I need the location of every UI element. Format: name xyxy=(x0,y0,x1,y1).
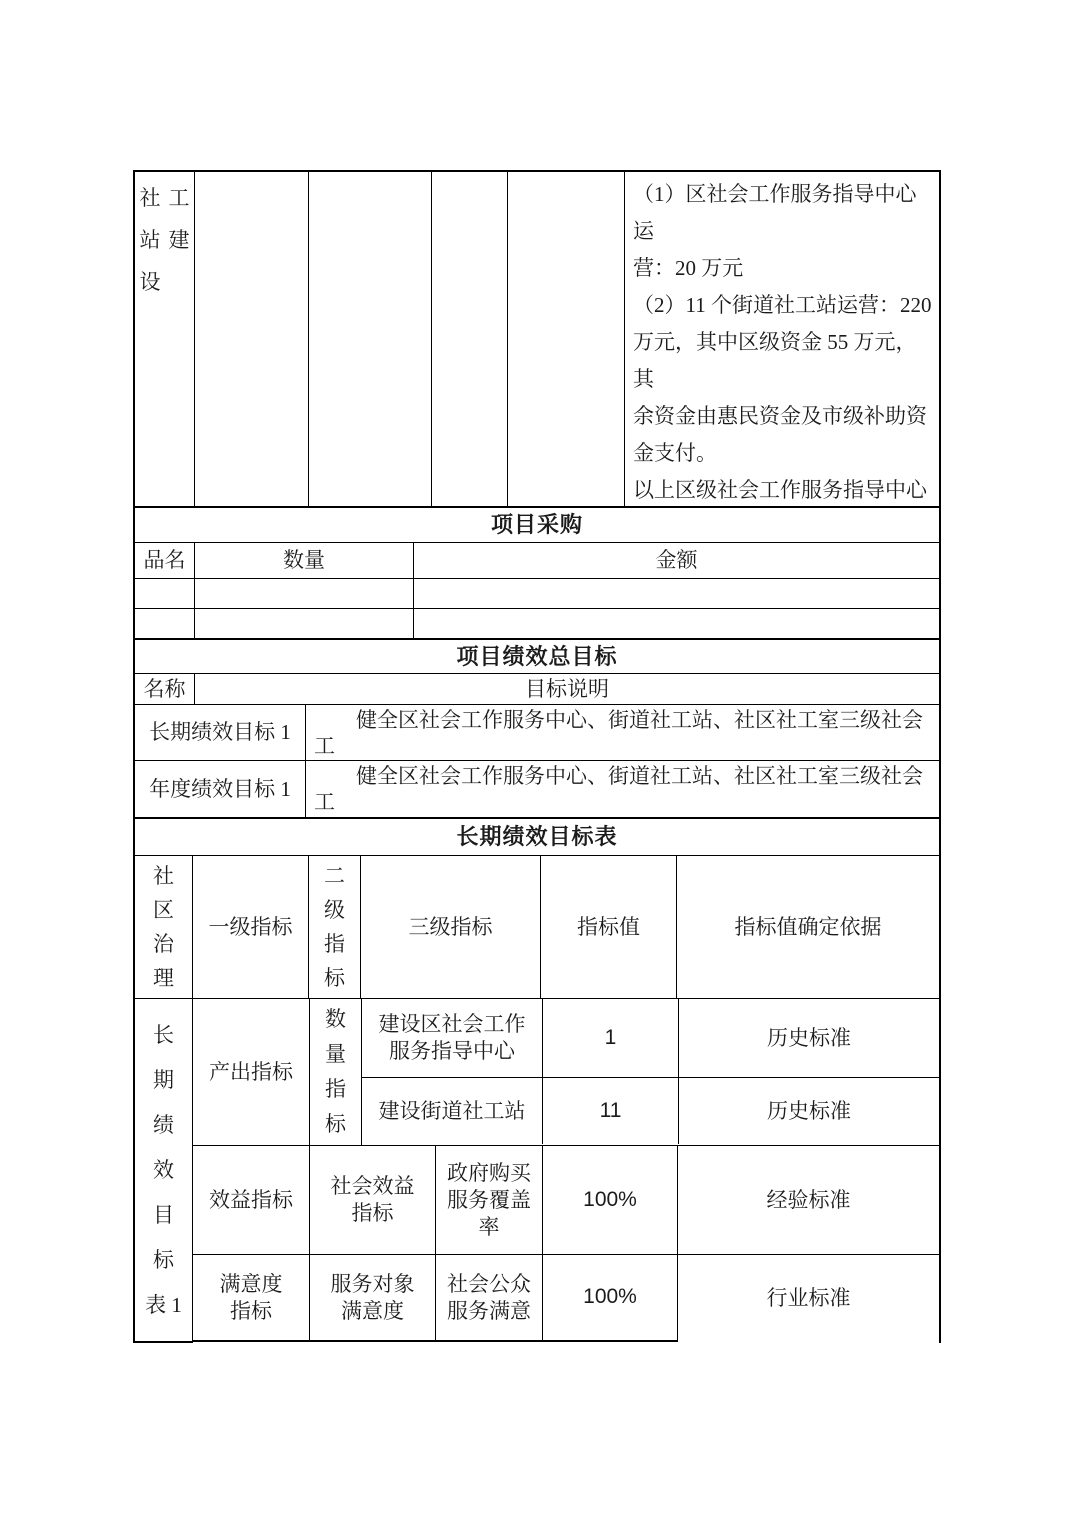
annual-goal-label: 年度绩效目标 1 xyxy=(135,761,305,817)
indicator-build-street-stations: 建设街道社工站 xyxy=(362,1078,542,1144)
value-gov-purchase-coverage: 100% xyxy=(542,1146,677,1254)
procurement-empty-row xyxy=(135,608,939,638)
group-label-text: 长期绩效目标表 1 xyxy=(145,1013,182,1328)
procurement-col-name: 品名 xyxy=(135,543,194,578)
table-row-street-stations: 建设街道社工站 11 历史标准 xyxy=(362,1077,939,1144)
output-indicator-block: 产出指标 数量指标 建设区社会工作服务指导中心 1 历史标准 建设街道社工站 1… xyxy=(193,999,939,1145)
output-subrows: 建设区社会工作服务指导中心 1 历史标准 建设街道社工站 11 历史标准 xyxy=(361,999,939,1145)
table-row-guidance-center: 建设区社会工作服务指导中心 1 历史标准 xyxy=(362,999,939,1077)
continuation-row-label: 社工站建设 xyxy=(140,177,190,303)
procurement-col-qty: 数量 xyxy=(194,543,413,578)
procurement-col-amount: 金额 xyxy=(413,543,939,578)
continuation-row-label-cell: 社工站建设 xyxy=(135,172,194,506)
annual-goal-desc: 健全区社会工作服务中心、街道社工站、社区社工室三级社会工作服务体系 xyxy=(305,761,939,817)
value-public-service-satisfaction: 100% xyxy=(542,1255,677,1342)
side-label-community-governance: 社区治理 xyxy=(135,856,192,998)
header-level1-indicator: 一级指标 xyxy=(192,856,308,998)
table-row-benefit-indicator: 效益指标 社会效益指标 政府购买服务覆盖率 100% 经验标准 xyxy=(193,1145,939,1254)
basis-gov-purchase-coverage: 经验标准 xyxy=(677,1146,939,1254)
basis-street-stations: 历史标准 xyxy=(678,1078,939,1144)
empty-cell xyxy=(431,172,507,506)
header-value-basis: 指标值确定依据 xyxy=(676,856,939,998)
header-level2-indicator: 二级指标 xyxy=(308,856,360,998)
side-label-text: 社区治理 xyxy=(153,859,174,995)
goals-desc-header: 目标说明 xyxy=(194,674,939,704)
performance-budget-table: 社工站建设 （1）区社会工作服务指导中心运营：20 万元（2）11 个街道社工站… xyxy=(133,170,941,1343)
longterm-goal-row: 长期绩效目标 1 健全区社会工作服务中心、街道社工站、社区社工室三级社会工作服务… xyxy=(135,704,939,760)
empty-cell xyxy=(135,579,194,608)
satisfaction-indicator-label: 满意度指标 xyxy=(193,1255,309,1342)
empty-cell xyxy=(308,172,431,506)
basis-guidance-center: 历史标准 xyxy=(678,999,939,1077)
basis-public-service-satisfaction: 行业标准 xyxy=(677,1255,939,1342)
empty-cell xyxy=(194,172,308,506)
empty-cell xyxy=(413,579,939,608)
overall-goals-title: 项目绩效总目标 xyxy=(135,640,939,673)
quantity-indicator-label: 数量指标 xyxy=(309,999,361,1145)
indicator-body: 长期绩效目标表 1 产出指标 数量指标 建设区社会工作服务指导中心 1 历史标准 xyxy=(135,998,939,1343)
indicator-header-row: 社区治理 一级指标 二级指标 三级指标 指标值 指标值确定依据 xyxy=(135,855,939,998)
longterm-goal-desc: 健全区社会工作服务中心、街道社工站、社区社工室三级社会工作服务体系 xyxy=(305,705,939,760)
procurement-section-header-row: 项目采购 xyxy=(135,506,939,542)
benefit-indicator-label: 效益指标 xyxy=(193,1146,309,1254)
longterm-table-section-header-row: 长期绩效目标表 xyxy=(135,817,939,855)
overall-goals-section-header-row: 项目绩效总目标 xyxy=(135,638,939,673)
goals-name-header: 名称 xyxy=(135,674,194,704)
longterm-goal-label: 长期绩效目标 1 xyxy=(135,705,305,760)
continuation-row: 社工站建设 （1）区社会工作服务指导中心运营：20 万元（2）11 个街道社工站… xyxy=(135,172,939,506)
empty-cell xyxy=(413,609,939,638)
budget-note-text: （1）区社会工作服务指导中心运营：20 万元（2）11 个街道社工站运营：220… xyxy=(624,172,939,506)
group-label-longterm-table1: 长期绩效目标表 1 xyxy=(135,999,192,1343)
header-level2-text: 二级指标 xyxy=(324,859,345,995)
table-row-satisfaction-indicator: 满意度指标 服务对象满意度 社会公众服务满意 100% 行业标准 xyxy=(193,1254,939,1342)
empty-cell xyxy=(194,609,413,638)
longterm-table-title: 长期绩效目标表 xyxy=(135,819,939,855)
overall-goals-column-header-row: 名称 目标说明 xyxy=(135,673,939,704)
social-benefit-indicator-label: 社会效益指标 xyxy=(309,1146,435,1254)
quantity-indicator-text: 数量指标 xyxy=(325,1002,346,1142)
header-level3-indicator: 三级指标 xyxy=(360,856,540,998)
indicator-build-guidance-center: 建设区社会工作服务指导中心 xyxy=(362,999,542,1077)
procurement-title: 项目采购 xyxy=(135,508,939,542)
document-page: 社工站建设 （1）区社会工作服务指导中心运营：20 万元（2）11 个街道社工站… xyxy=(0,0,1074,1520)
output-indicator-label: 产出指标 xyxy=(193,999,309,1145)
value-street-stations: 11 xyxy=(542,1078,678,1144)
indicator-public-service-satisfaction: 社会公众服务满意 xyxy=(435,1255,542,1342)
empty-cell xyxy=(194,579,413,608)
value-guidance-center: 1 xyxy=(542,999,678,1077)
service-target-satisfaction-label: 服务对象满意度 xyxy=(309,1255,435,1342)
indicator-rows: 产出指标 数量指标 建设区社会工作服务指导中心 1 历史标准 建设街道社工站 1… xyxy=(192,999,939,1343)
annual-goal-row: 年度绩效目标 1 健全区社会工作服务中心、街道社工站、社区社工室三级社会工作服务… xyxy=(135,760,939,817)
procurement-column-header-row: 品名 数量 金额 xyxy=(135,542,939,578)
empty-cell xyxy=(507,172,624,506)
procurement-empty-row xyxy=(135,578,939,608)
indicator-gov-purchase-coverage: 政府购买服务覆盖率 xyxy=(435,1146,542,1254)
empty-cell xyxy=(135,609,194,638)
header-indicator-value: 指标值 xyxy=(540,856,676,998)
